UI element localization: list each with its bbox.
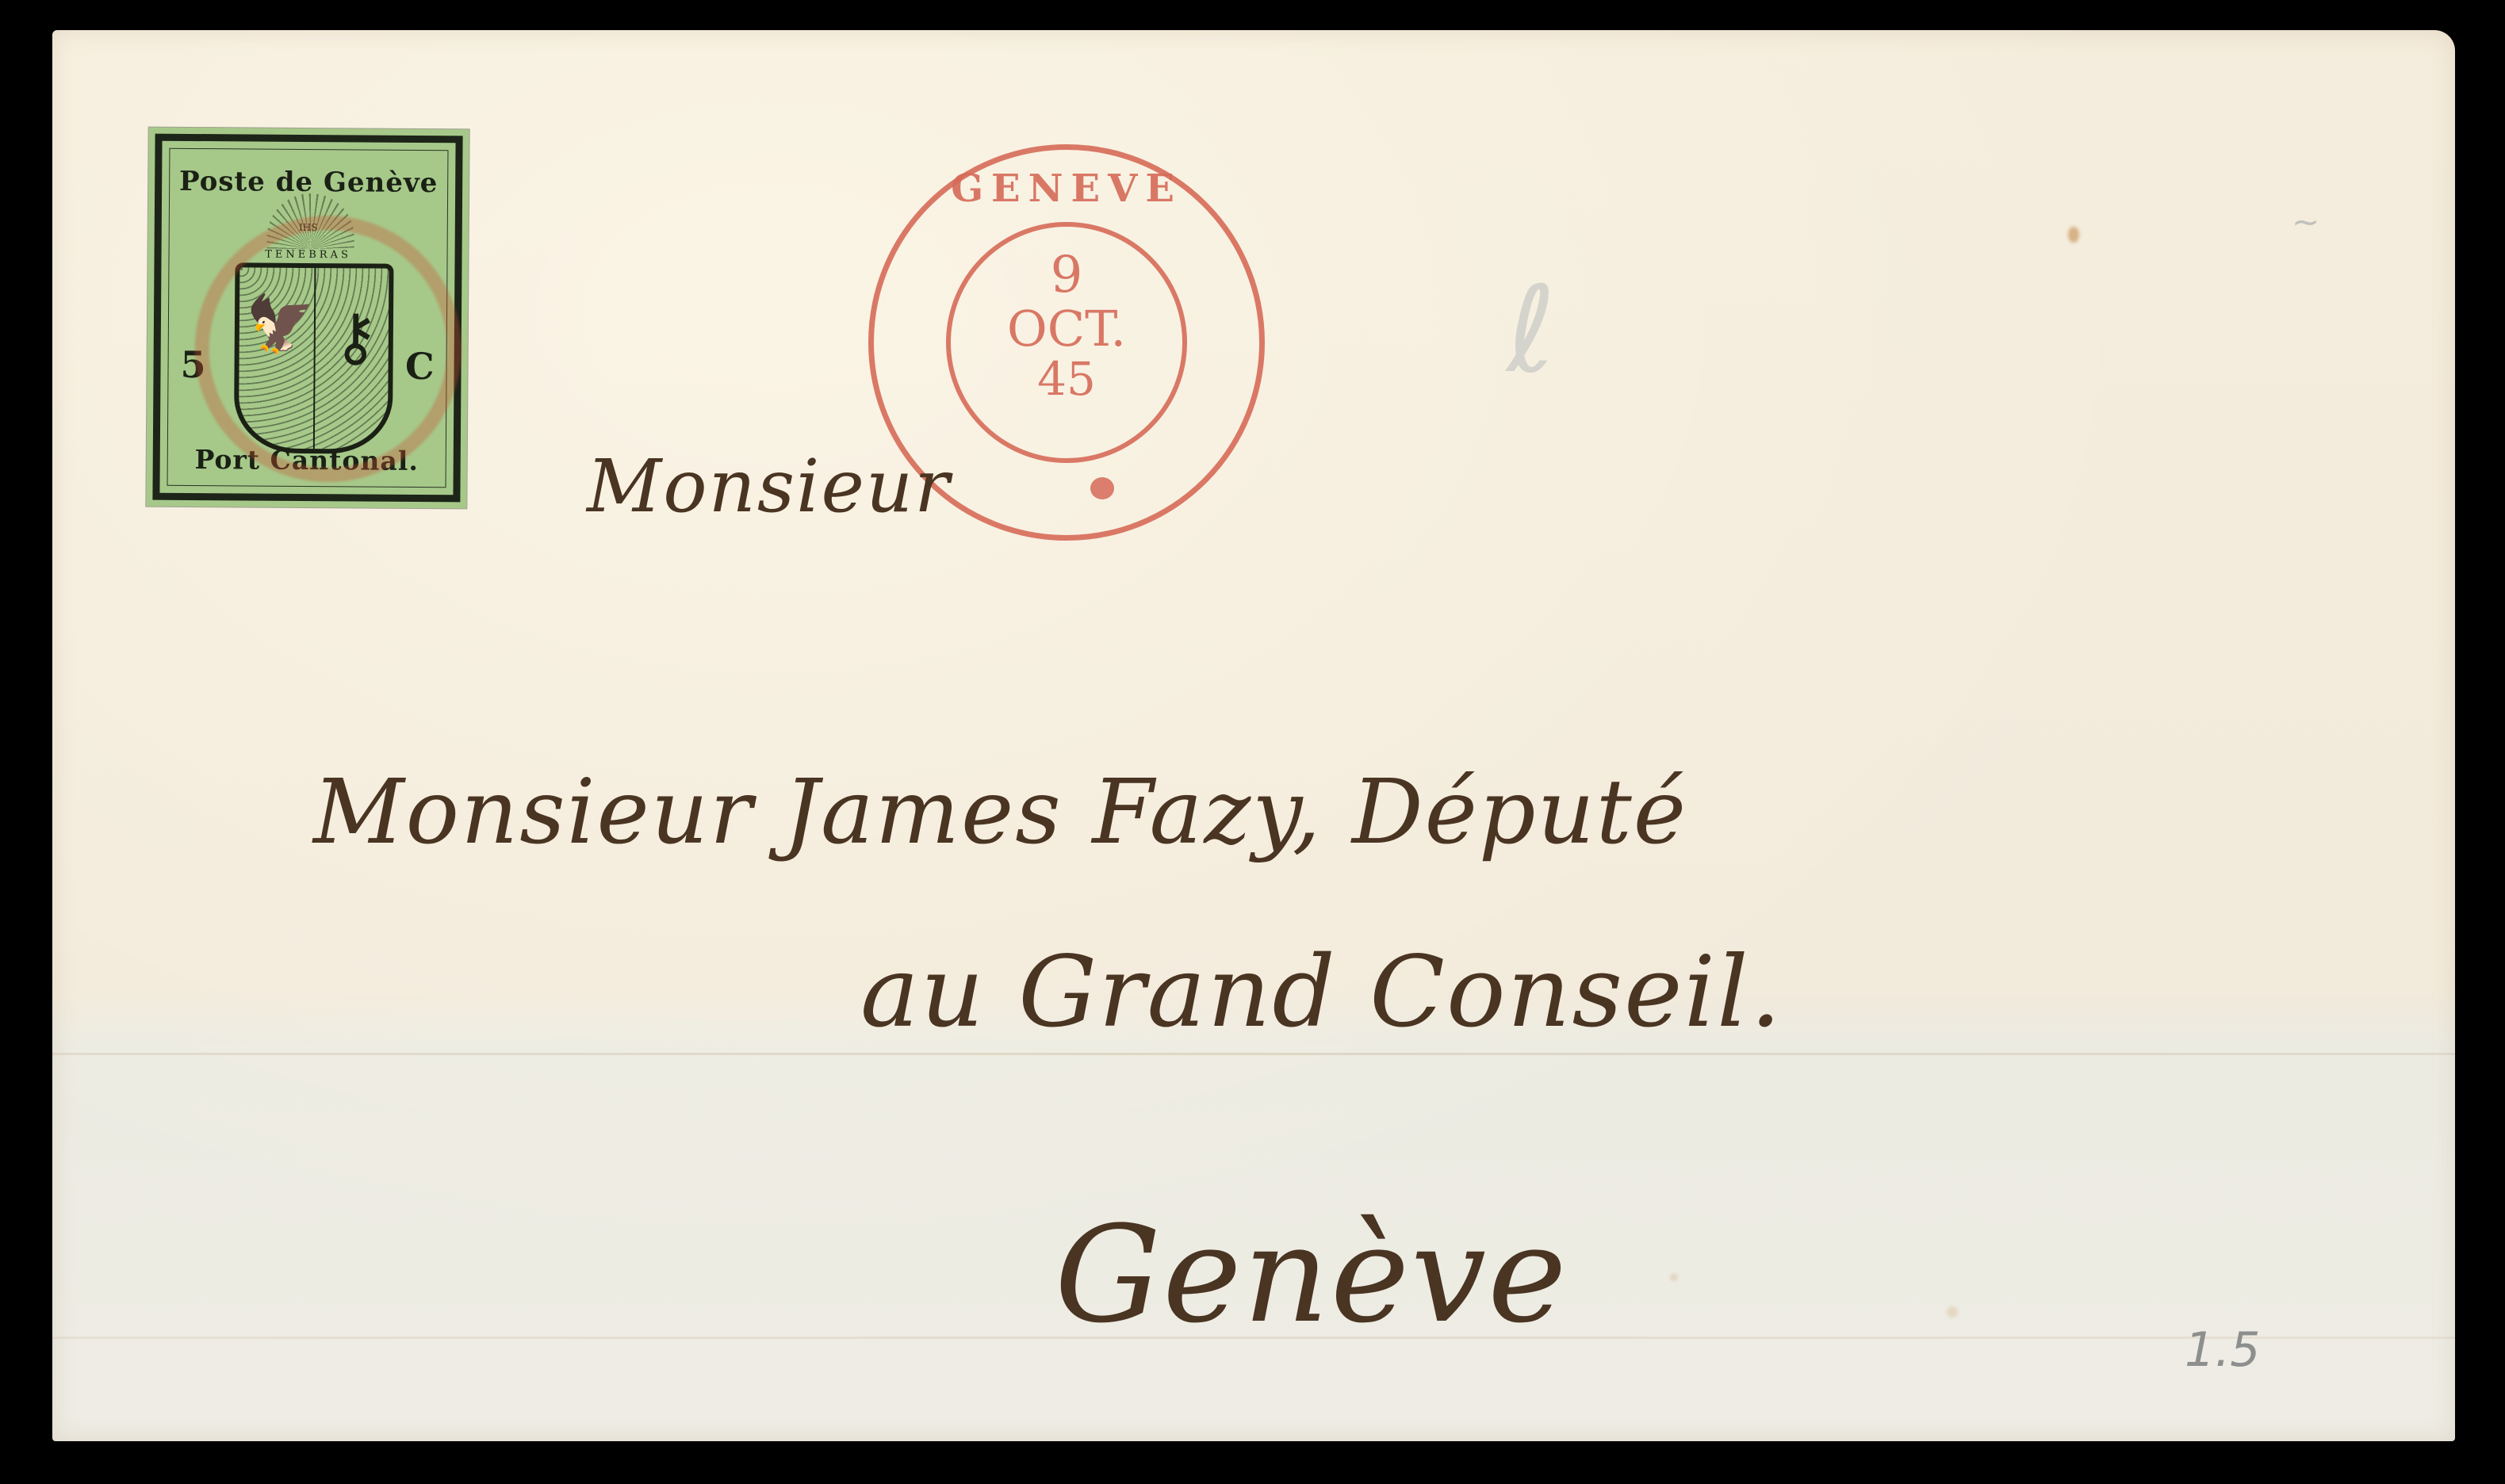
- fold-crease: [52, 1053, 2455, 1055]
- postmark-rosette-icon: [1090, 477, 1114, 499]
- foxing-spot: [2068, 227, 2079, 243]
- faint-pencil-mark: ℓ: [1507, 262, 1556, 400]
- addressee-line: Monsieur James Fazy, Député: [313, 761, 1687, 864]
- rosette-cancel: [194, 215, 462, 483]
- addressee-title-line: au Grand Conseil.: [860, 935, 1783, 1050]
- postmark-day: 9: [868, 246, 1265, 304]
- postage-stamp: IHS TENEBRAS Poste de Genève 🦅 ⚷ 5 C Por…: [146, 128, 469, 509]
- destination-city: Genève: [1055, 1197, 1568, 1352]
- foxing-spot: [1670, 1273, 1678, 1281]
- postmark-month: OCT.: [868, 300, 1265, 358]
- foxing-spot: [1947, 1306, 1958, 1318]
- corner-pencil-mark: ~: [2292, 202, 2319, 241]
- pencil-price-note: 1.5: [2185, 1322, 2260, 1378]
- postmark-year: 45: [868, 352, 1265, 406]
- postmark-city: GENEVE: [868, 166, 1265, 211]
- stamp-title: Poste de Genève: [172, 166, 445, 199]
- salutation: Monsieur: [587, 444, 951, 529]
- torn-edge: [0, 1379, 52, 1484]
